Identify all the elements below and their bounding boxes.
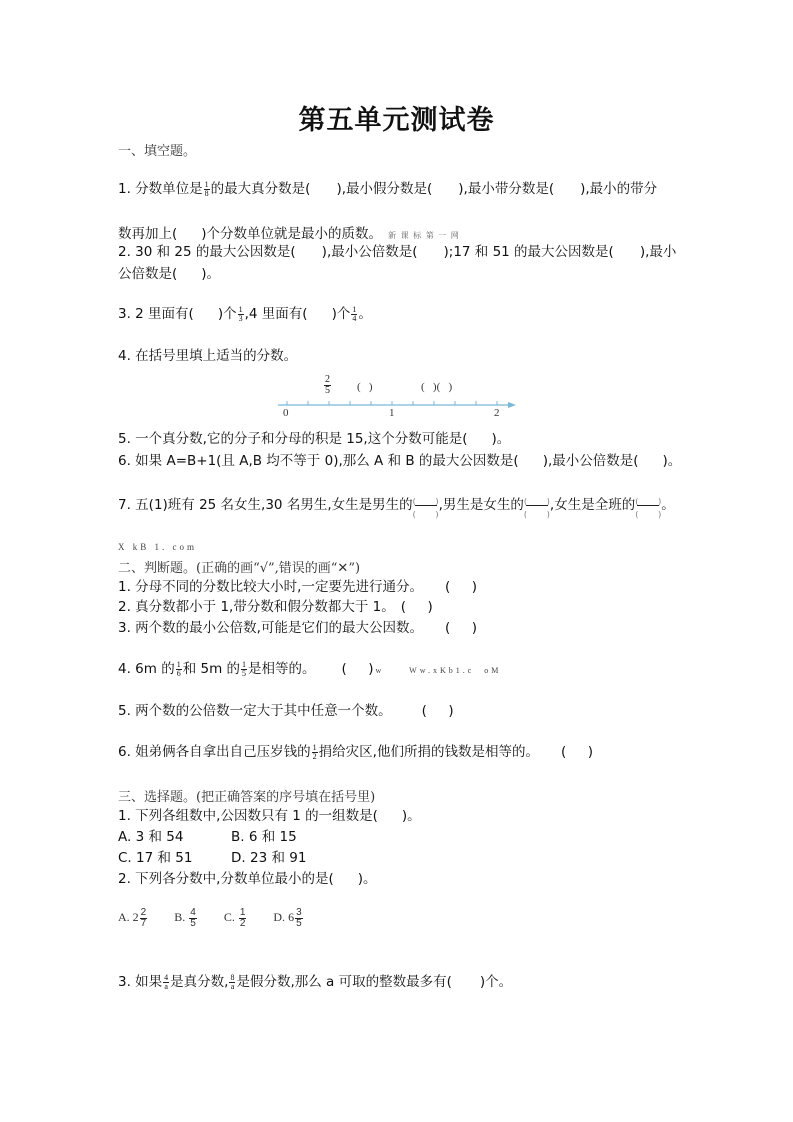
section-heading-fill-blank: 一、填空题。 (118, 140, 196, 159)
answer-paren[interactable]: ( ) (342, 661, 374, 677)
question-1-1-line-1: 1. 分数单位是18的最大真分数是(),最小假分数是(),最小带分数是(),最小… (118, 180, 657, 198)
number-line-blank-2[interactable]: ( )( ) (421, 381, 452, 393)
question-1-1-line-2: 数再加上()个分数单位就是最小的质数。新 课 标 第 一 网 (118, 225, 460, 245)
number-line-graphic (270, 372, 530, 422)
fraction: 13 (238, 306, 244, 323)
fraction: 15 (241, 661, 247, 678)
question-1-2-line-2: 公倍数是()。 (118, 265, 220, 283)
option-c: C. 17 和 51 (118, 849, 192, 867)
question-2-2: 2. 真分数都小于 1,带分数和假分数都大于 1。( ) (118, 598, 433, 616)
question-1-4: 4. 在括号里填上适当的分数。 (118, 347, 297, 365)
fraction-blank[interactable]: ()() (635, 493, 661, 517)
number-line-blank-1[interactable]: ( ) (357, 381, 373, 393)
answer-paren[interactable]: ( ) (445, 620, 477, 636)
number-line-label-0: 0 (283, 407, 289, 419)
fraction: 12 (312, 744, 318, 761)
option-a: A. 3 和 54 (118, 828, 183, 846)
question-3-2-options: A. 227 B. 45 C. 12 D. 635 (118, 908, 304, 929)
question-1-6: 6. 如果 A=B+1(且 A,B 均不等于 0),那么 A 和 B 的最大公因… (118, 452, 681, 470)
fraction: 18 (204, 181, 210, 198)
question-2-3: 3. 两个数的最小公倍数,可能是它们的最大公因数。( ) (118, 619, 477, 637)
fraction-blank[interactable]: ()() (524, 493, 550, 517)
fraction: 14 (351, 306, 357, 323)
fraction: 16 (176, 661, 182, 678)
question-1-3: 3. 2 里面有()个13,4 里面有()个14。 (118, 305, 372, 323)
answer-paren[interactable]: ( ) (561, 744, 593, 760)
number-line-fraction-2-5: 25 (324, 375, 331, 396)
option-d: D. 635 (273, 910, 303, 924)
number-line-label-1: 1 (389, 407, 395, 419)
question-3-3: 3. 如果4a是真分数,8a是假分数,那么 a 可取的整数最多有()个。 (118, 973, 512, 991)
question-2-4: 4. 6m 的16和 5m 的15是相等的。( )w Ww.xKb1.c oM (118, 660, 501, 680)
fraction: 45 (189, 908, 197, 929)
watermark-text: X kB 1. com (118, 542, 197, 552)
page-title: 第五单元测试卷 (0, 98, 793, 137)
question-2-6: 6. 姐弟俩各自拿出自己压岁钱的12捐给灾区,他们所捐的钱数是相等的。( ) (118, 743, 593, 761)
question-1-2-line-1: 2. 30 和 25 的最大公因数是(),最小公倍数是();17 和 51 的最… (118, 243, 676, 261)
number-line-label-2: 2 (494, 407, 500, 419)
question-3-2: 2. 下列各分数中,分数单位最小的是()。 (118, 870, 377, 888)
question-1-5: 5. 一个真分数,它的分子和分母的积是 15,这个分数可能是()。 (118, 430, 510, 448)
option-b: B. 45 (174, 910, 198, 924)
option-c: C. 12 (224, 910, 248, 924)
answer-paren[interactable]: ( ) (422, 703, 454, 719)
answer-paren[interactable]: ( ) (401, 599, 433, 615)
watermark-text: 新 课 标 第 一 网 (388, 231, 460, 240)
fraction-blank[interactable]: ()() (413, 493, 439, 517)
fraction: 4a (163, 974, 169, 991)
fraction: 8a (229, 974, 235, 991)
question-3-1: 1. 下列各组数中,公因数只有 1 的一组数是()。 (118, 807, 421, 825)
option-a: A. 227 (118, 910, 148, 924)
question-1-7: 7. 五(1)班有 25 名女生,30 名男生,女生是男生的()(),男生是女生… (118, 493, 675, 517)
fraction: 12 (239, 908, 247, 929)
number-line: 0 1 2 25 ( ) ( )( ) (270, 372, 530, 422)
section-heading-multiple-choice: 三、选择题。(把正确答案的序号填在括号里) (118, 786, 375, 805)
fraction: 27 (140, 908, 148, 929)
option-d: D. 23 和 91 (231, 849, 306, 867)
section-heading-true-false: 二、判断题。(正确的画“√”,错误的画“✕”) (118, 557, 360, 576)
fraction: 35 (295, 908, 303, 929)
question-2-5: 5. 两个数的公倍数一定大于其中任意一个数。( ) (118, 702, 454, 720)
watermark-text: w Ww.xKb1.c oM (376, 666, 502, 675)
question-2-1: 1. 分母不同的分数比较大小时,一定要先进行通分。( ) (118, 578, 477, 596)
answer-paren[interactable]: ( ) (445, 579, 477, 595)
q-text: 1. 分数单位是 (118, 181, 203, 197)
option-b: B. 6 和 15 (231, 828, 297, 846)
